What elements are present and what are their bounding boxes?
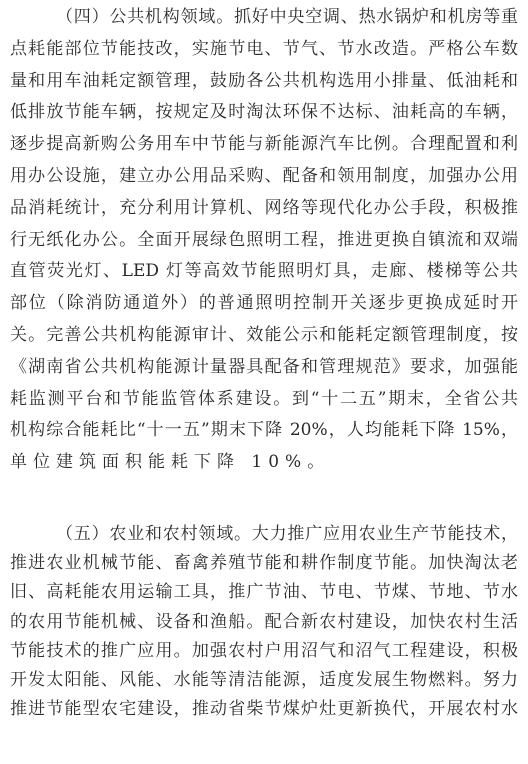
- text-line: 节能技术的推广应用。加强农村户用沼气和沼气工程建设，积极: [10, 637, 518, 666]
- text-line: 耗监测平台和节能监管体系建设。到“十二五”期末，全省公共: [10, 384, 518, 416]
- text-line: 用办公设施，建立办公用品采购、配备和领用制度，加强办公用: [10, 161, 518, 193]
- text-line: 点耗能部位节能技改，实施节电、节气、节水改造。严格公车数: [10, 34, 518, 66]
- text-line: 推进节能型农宅建设，推动省柴节煤炉灶更新换代，开展农村水: [10, 695, 518, 724]
- text-line: 品消耗统计，充分利用计算机、网络等现代化办公手段，积极推: [10, 193, 518, 225]
- text-line: 旧、高耗能农用运输工具，推广节油、节电、节煤、节地、节水: [10, 578, 518, 607]
- text-line: 《湖南省公共机构能源计量器具配备和管理规范》要求，加强能: [10, 352, 518, 384]
- text-line: 的农用节能机械、设备和渔船。配合新农村建设，加快农村生活: [10, 608, 518, 637]
- text-line: 开发太阳能、风能、水能等清洁能源，适度发展生物燃料。努力: [10, 666, 518, 695]
- text-line: 低排放节能车辆，按规定及时淘汰环保不达标、油耗高的车辆，: [10, 97, 518, 129]
- text-line: 直管荧光灯、LED 灯等高效节能照明灯具，走廊、楼梯等公共: [10, 256, 518, 288]
- text-line: 关。完善公共机构能源审计、效能公示和能耗定额管理制度，按: [10, 320, 518, 352]
- document-page: （四）公共机构领域。抓好中央空调、热水锅炉和机房等重 点耗能部位节能技改，实施节…: [0, 0, 528, 764]
- text-line: 量和用车油耗定额管理，鼓励各公共机构选用小排量、低油耗和: [10, 66, 518, 98]
- paragraph-agriculture-rural: （五）农业和农村领域。大力推广应用农业生产节能技术， 推进农业机械节能、畜禽养殖…: [10, 520, 518, 724]
- text-line: （五）农业和农村领域。大力推广应用农业生产节能技术，: [10, 520, 518, 549]
- text-line: 逐步提高新购公务用车中节能与新能源汽车比例。合理配置和利: [10, 129, 518, 161]
- text-line: 机构综合能耗比“十一五”期末下降 20%，人均能耗下降 15%，: [10, 415, 518, 447]
- text-line: （四）公共机构领域。抓好中央空调、热水锅炉和机房等重: [10, 2, 518, 34]
- text-line: 单位建筑面积能耗下降 10%。: [10, 447, 518, 479]
- text-line: 推进农业机械节能、畜禽养殖节能和耕作制度节能。加快淘汰老: [10, 549, 518, 578]
- text-line: 行无纸化办公。全面开展绿色照明工程，推进更换自镇流和双端: [10, 225, 518, 257]
- paragraph-public-institutions: （四）公共机构领域。抓好中央空调、热水锅炉和机房等重 点耗能部位节能技改，实施节…: [10, 2, 518, 479]
- text-line: 部位（除消防通道外）的普通照明控制开关逐步更换成延时开: [10, 288, 518, 320]
